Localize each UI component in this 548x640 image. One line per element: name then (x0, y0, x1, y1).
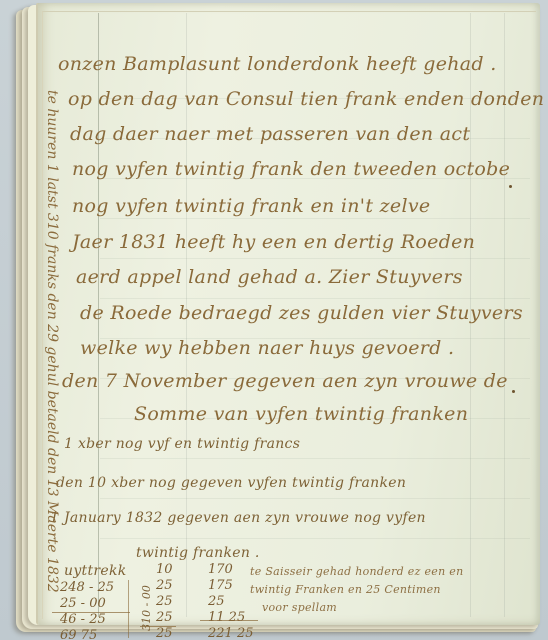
calc-cell: 69 75 (60, 628, 114, 640)
handwritten-line: nog vyfen twintig frank den tweeden octo… (72, 160, 510, 179)
calculation-note: te Saisseir gehad honderd ez een en (250, 566, 463, 577)
handwritten-line: aerd appel land gehad a. Zier Stuyvers (76, 268, 463, 287)
ruling-line (100, 458, 530, 459)
ruling-line (100, 218, 530, 219)
calculation-note: twintig Franken en 25 Centimen (250, 584, 441, 595)
calc-cell: 25 (156, 594, 173, 610)
handwritten-line: op den dag van Consul tien frank enden d… (68, 90, 544, 109)
calc-cell: 10 (156, 562, 173, 578)
ruling-line (100, 258, 530, 259)
handwritten-line: den 10 xber nog gegeven vyfen twintig fr… (56, 476, 406, 490)
sum-rule (200, 620, 258, 621)
handwritten-line: welke wy hebben naer huys gevoerd . (80, 339, 454, 358)
handwritten-line: twintig franken . (136, 546, 260, 560)
calculation-header: uyttrekk (64, 564, 127, 578)
column-divider (128, 580, 129, 638)
handwritten-line: dag daer naer met passeren van den act (70, 125, 470, 144)
handwritten-line: de Roede bedraegd zes gulden vier Stuyve… (80, 304, 523, 323)
handwritten-line: 1 January 1832 gegeven aen zyn vrouwe no… (50, 511, 426, 525)
calculation-note: voor spellam (262, 602, 337, 613)
handwritten-line: Jaer 1831 heeft hy een en dertig Roeden (72, 233, 475, 252)
calc-cell: 170 (208, 562, 254, 578)
calc-cell: 25 (156, 626, 173, 640)
sum-rule (52, 612, 130, 613)
handwritten-line: nog vyfen twintig frank en in't zelve (72, 197, 430, 216)
calc-cell: 46 - 25 (60, 612, 114, 628)
calc-cell: 25 (208, 594, 254, 610)
handwritten-line: onzen Bamplasunt londerdonk heeft gehad … (58, 55, 497, 74)
margin-annotation: te huuren 1 latst 310 franks den 29 gehu… (44, 90, 60, 593)
ruling-line (100, 498, 530, 499)
ruling-line (100, 298, 530, 299)
ink-dot (512, 390, 515, 393)
calc-cell: 248 - 25 (60, 580, 114, 596)
calc-cell: 25 (156, 578, 173, 594)
calculation-middle-column: 10 25 25 25 25 (156, 562, 173, 640)
calc-cell: 175 (208, 578, 254, 594)
ruling-line (100, 538, 530, 539)
sum-rule (140, 626, 176, 627)
handwritten-line: 1 xber nog vyf en twintig francs (64, 437, 300, 451)
calc-cell: 221 25 (208, 626, 254, 640)
calculation-side-total: 310 - 00 (139, 585, 155, 631)
handwritten-line: Somme van vyfen twintig franken (134, 405, 468, 424)
calc-cell: 25 - 00 (60, 596, 114, 612)
calculation-right-column: 170 175 25 11 25 221 25 (208, 562, 254, 640)
calculation-left-column: 248 - 25 25 - 00 46 - 25 69 75 (60, 580, 114, 640)
handwritten-line: den 7 November gegeven aen zyn vrouwe de (62, 372, 508, 391)
calc-cell: 25 (156, 610, 173, 626)
calc-cell: 11 25 (208, 610, 254, 626)
ink-dot (509, 185, 512, 188)
